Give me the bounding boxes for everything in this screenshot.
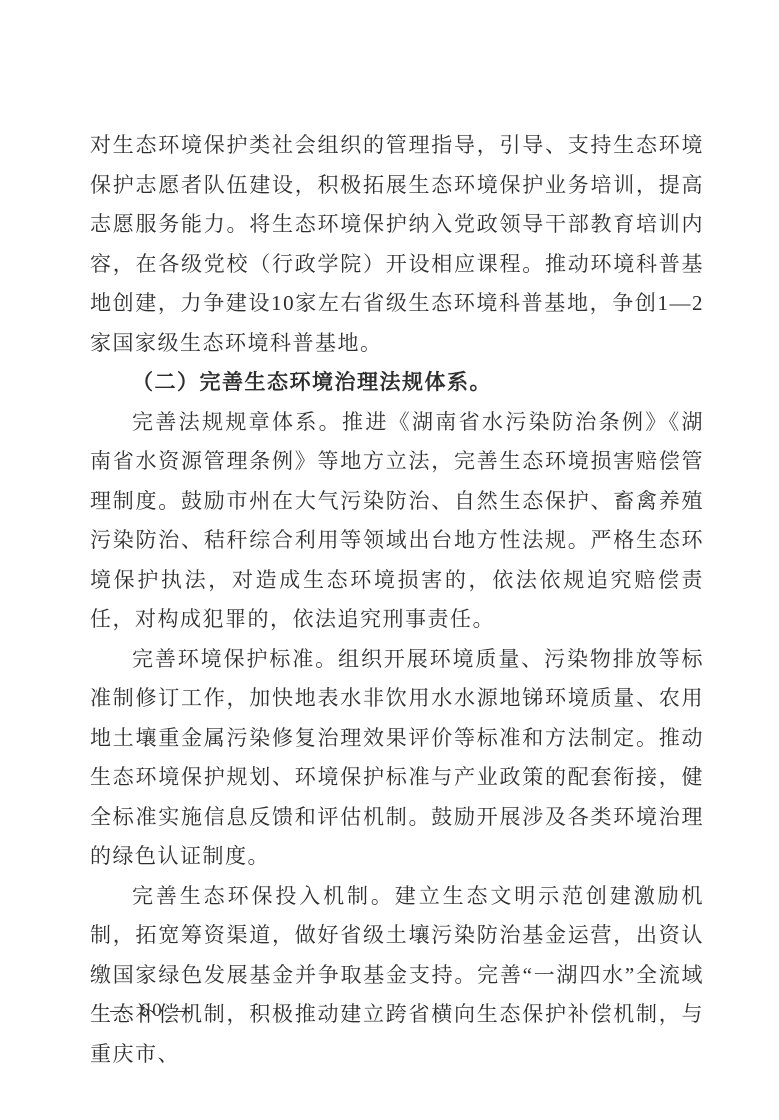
page-footer: — 60 — (110, 1000, 195, 1022)
paragraph-investment: 完善生态环保投入机制。建立生态文明示范创建激励机制，拓宽筹资渠道，做好省级土壤污… (90, 877, 704, 1075)
paragraph-standards: 完善环境保护标准。组织开展环境质量、污染物排放等标准制修订工作，加快地表水非饮用… (90, 640, 704, 877)
section-heading: （二）完善生态环境治理法规体系。 (90, 363, 704, 403)
document-body: 对生态环境保护类社会组织的管理指导，引导、支持生态环境保护志愿者队伍建设，积极拓… (90, 126, 704, 1074)
page-number: — 60 — (110, 1000, 195, 1021)
paragraph-continuation: 对生态环境保护类社会组织的管理指导，引导、支持生态环境保护志愿者队伍建设，积极拓… (90, 126, 704, 363)
paragraph-legal-system: 完善法规规章体系。推进《湖南省水污染防治条例》《湖南省水资源管理条例》等地方立法… (90, 403, 704, 640)
document-page: 对生态环境保护类社会组织的管理指导，引导、支持生态环境保护志愿者队伍建设，积极拓… (0, 0, 779, 1120)
